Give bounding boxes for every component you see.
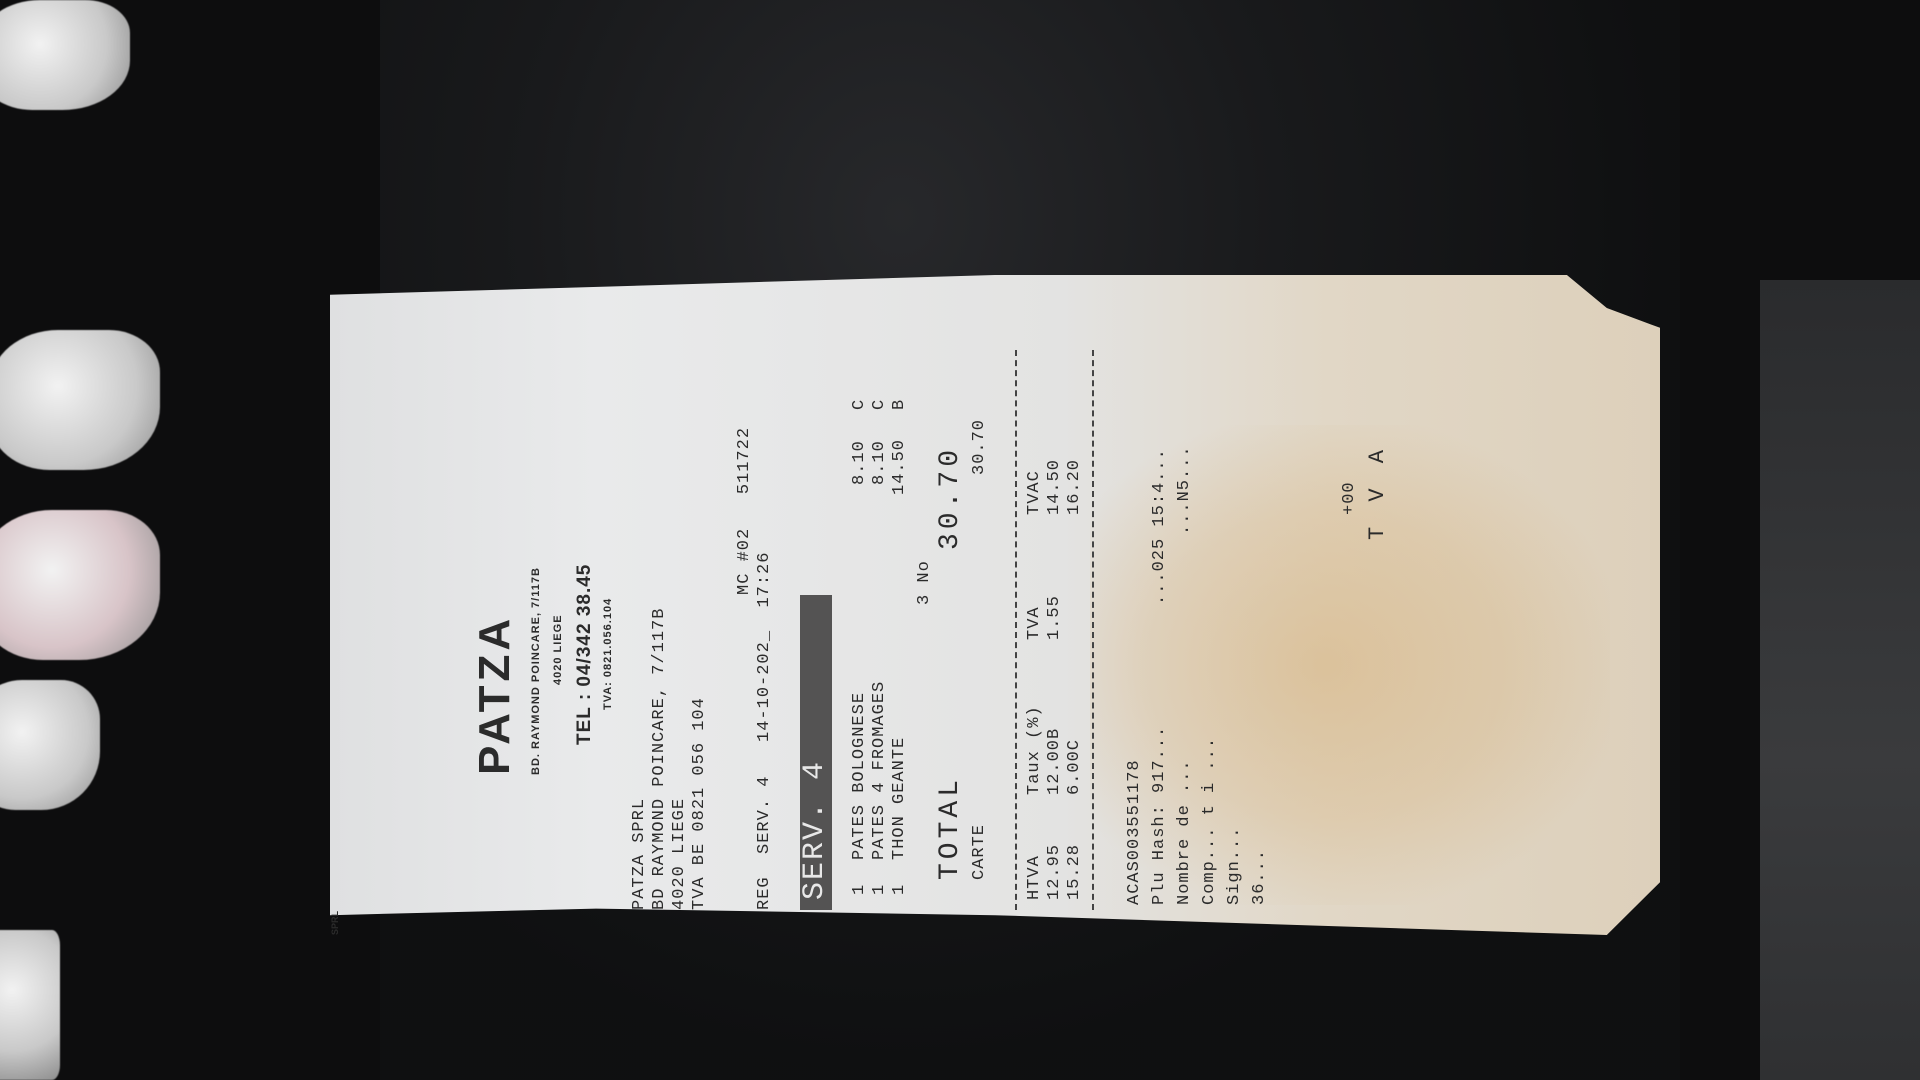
header-city: 4020 LIEGE bbox=[552, 614, 564, 685]
crumpled-paper bbox=[0, 0, 130, 110]
company-line: BD RAYMOND POINCARE, 7/117B bbox=[650, 608, 669, 910]
total-value: 30.70 bbox=[935, 446, 966, 550]
item-price: 14.50 bbox=[890, 439, 909, 495]
footer-line: Comp... t i ... bbox=[1200, 737, 1219, 905]
footer-fragment: T V A bbox=[1365, 444, 1390, 540]
total-label: TOTAL bbox=[935, 776, 966, 880]
item-qty: 1 bbox=[890, 884, 909, 895]
footer-fragment: +00 bbox=[1340, 481, 1359, 515]
item-price: 8.10 bbox=[850, 440, 869, 485]
vat-cell: 12.95 bbox=[1045, 844, 1064, 900]
crumpled-paper bbox=[0, 510, 160, 660]
item-name: PATES BOLOGNESE bbox=[850, 692, 869, 860]
footer-line: Nombre de ... bbox=[1175, 759, 1194, 905]
vat-header: Taux (%) bbox=[1025, 705, 1044, 795]
item-qty: 1 bbox=[850, 884, 869, 895]
footer-fragment: ...N5... bbox=[1175, 445, 1194, 535]
vat-cell: 12.00B bbox=[1045, 728, 1064, 795]
payment-value: 30.70 bbox=[970, 419, 989, 475]
register-line: REG SERV. 4 14-10-202_ 17:26 bbox=[755, 552, 774, 910]
vat-header: TVAC bbox=[1025, 470, 1044, 515]
receipt-content: PATZA SPRL BD. RAYMOND POINCARE, 7/117B … bbox=[330, 275, 1660, 935]
item-qty: 1 bbox=[870, 884, 889, 895]
divider bbox=[1092, 350, 1094, 910]
footer-line: Sign... bbox=[1225, 827, 1244, 905]
item-price: 8.10 bbox=[870, 440, 889, 485]
item-name: THON GEANTE bbox=[890, 737, 909, 860]
company-line: TVA BE 0821 056 104 bbox=[690, 697, 709, 910]
vat-header: HTVA bbox=[1025, 855, 1044, 900]
item-code: C bbox=[870, 399, 889, 410]
company-line: PATZA SPRL bbox=[630, 798, 649, 910]
receipt: PATZA SPRL BD. RAYMOND POINCARE, 7/117B … bbox=[330, 275, 1660, 935]
vat-cell: 16.20 bbox=[1065, 459, 1084, 515]
crumpled-paper bbox=[0, 330, 160, 470]
footer-line: Plu Hash: 917... bbox=[1150, 726, 1169, 905]
header-vat: TVA: 0821.056.104 bbox=[602, 598, 614, 710]
table-edge bbox=[1760, 280, 1920, 1080]
vat-cell: 14.50 bbox=[1045, 459, 1064, 515]
header-phone: TEL : 04/342 38.45 bbox=[574, 564, 596, 745]
item-code: B bbox=[890, 399, 909, 410]
crumpled-paper bbox=[0, 680, 100, 810]
vat-cell: 15.28 bbox=[1065, 844, 1084, 900]
brand-suffix: SPRL bbox=[330, 275, 340, 935]
mc-line: MC #02 511722 bbox=[735, 427, 754, 595]
vat-cell: 1.55 bbox=[1045, 595, 1064, 640]
brand-name: PATZA bbox=[470, 615, 520, 775]
divider bbox=[1015, 350, 1017, 910]
header-address: BD. RAYMOND POINCARE, 7/117B bbox=[530, 567, 542, 775]
footer-line: 36... bbox=[1250, 849, 1269, 905]
footer-fragment: ...025 15:4... bbox=[1150, 448, 1169, 605]
vat-header: TVA bbox=[1025, 606, 1044, 640]
payment-label: CARTE bbox=[970, 824, 989, 880]
service-label: SERV. 4 bbox=[798, 760, 832, 900]
footer-line: ACAS003551178 bbox=[1125, 759, 1144, 905]
vat-cell: 6.00C bbox=[1065, 739, 1084, 795]
crumpled-paper bbox=[0, 930, 60, 1080]
item-code: C bbox=[850, 399, 869, 410]
item-name: PATES 4 FROMAGES bbox=[870, 681, 889, 860]
company-line: 4020 LIEGE bbox=[670, 798, 689, 910]
item-count: 3 No bbox=[915, 560, 934, 605]
